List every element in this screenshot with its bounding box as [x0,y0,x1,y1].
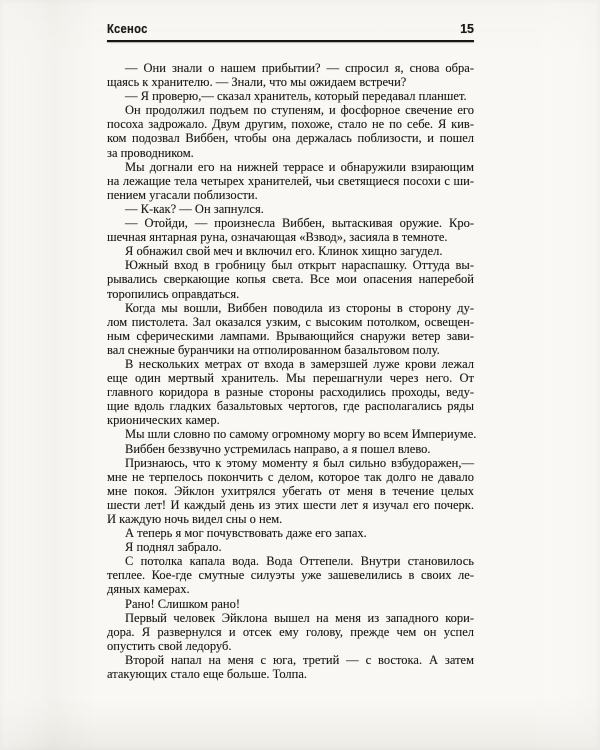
text-line: шести лет! И каждый день из этих шести л… [107,498,474,512]
paragraph: Виббен беззвучно устремилась направо, а … [107,442,474,456]
text-line: ком подозвал Виббен, чтобы она держалась… [107,131,474,145]
paragraph: — Они знали о нашем прибытии? — спросил … [107,61,474,89]
text-line: — Я проверю,— сказал хранитель, который … [107,89,474,103]
paragraph: Он продолжил подъем по ступеням, и фосфо… [107,103,474,159]
text-line: щие вдоль гладких базальтовых чертогов, … [107,399,474,413]
text-line: Признаюсь, что к этому моменту я был сил… [107,456,474,470]
text-line: В нескольких метрах от входа в замерзшей… [107,357,474,371]
text-line: Первый человек Эйклона вышел на меня из … [107,611,474,625]
text-line: — Они знали о нашем прибытии? — спросил … [107,61,474,75]
text-line: рывались сверкающие копья света. Все мои… [107,272,474,286]
header-rule [107,40,474,42]
text-line: Мы шли словно по самому огромному моргу … [107,427,474,441]
text-line: мне покоя. Эйклон ухитрялся убегать от м… [107,484,474,498]
page-number: 15 [460,22,474,36]
text-line: дора. Я развернулся и отсек ему голову, … [107,625,474,639]
paragraph: Мы догнали его на нижней террасе и обнар… [107,160,474,202]
paragraph: Первый человек Эйклона вышел на меня из … [107,611,474,653]
paragraph: Рано! Слишком рано! [107,597,474,611]
text-line: Виббен беззвучно устремилась направо, а … [107,442,474,456]
text-line: Рано! Слишком рано! [107,597,474,611]
paragraph: А теперь я мог почувствовать даже его за… [107,526,474,540]
text-line: атакующих стало еще больше. Толпа. [107,667,474,681]
book-page: Ксенос 15 — Они знали о нашем прибытии? … [0,0,600,750]
text-line: лом пистолета. Зал оказался узким, с выс… [107,315,474,329]
text-line: ным сферическими лампами. Врывающийся сн… [107,329,474,343]
text-line: Когда мы вошли, Виббен поводила из сторо… [107,301,474,315]
text-block: — Они знали о нашем прибытии? — спросил … [107,61,474,681]
text-line: Я обнажил свой меч и включил его. Клинок… [107,244,474,258]
text-line: крионических камер. [107,413,474,427]
text-line: вал снежные буранчики на отполированном … [107,343,474,357]
text-line: Он продолжил подъем по ступеням, и фосфо… [107,103,474,117]
paragraph: Второй напал на меня с юга, третий — с в… [107,653,474,681]
paragraph: — Я проверю,— сказал хранитель, который … [107,89,474,103]
text-line: за проводником. [107,146,474,160]
paragraph: Мы шли словно по самому огромному моргу … [107,427,474,441]
text-line: Я поднял забрало. [107,540,474,554]
paragraph: — К-как? — Он запнулся. [107,202,474,216]
running-header: Ксенос 15 [107,22,474,36]
text-line: теплее. Кое-где смутные силуэты уже заше… [107,568,474,582]
paragraph: Южный вход в гробницу был открыт нараспа… [107,258,474,300]
text-line: — Отойди, — произнесла Виббен, вытаскива… [107,216,474,230]
text-line: шечная янтарная руна, означающая «Взвод»… [107,230,474,244]
paragraph: Когда мы вошли, Виббен поводила из сторо… [107,301,474,357]
text-line: еще один мертвый хранитель. Мы перешагну… [107,371,474,385]
text-line: торопились оправдаться. [107,287,474,301]
running-header-title: Ксенос [107,22,148,36]
text-line: посоха задрожало. Двум другим, похоже, с… [107,117,474,131]
text-line: пением угасали поблизости. [107,188,474,202]
paragraph: С потолка капала вода. Вода Оттепели. Вн… [107,554,474,596]
text-line: А теперь я мог почувствовать даже его за… [107,526,474,540]
paragraph: Я поднял забрало. [107,540,474,554]
text-line: щаясь к хранителю. — Знали, что мы ожида… [107,75,474,89]
text-line: дяных камерах. [107,582,474,596]
text-line: — К-как? — Он запнулся. [107,202,474,216]
text-line: И каждую ночь видел сны о нем. [107,512,474,526]
text-line: Южный вход в гробницу был открыт нараспа… [107,258,474,272]
text-line: Мы догнали его на нижней террасе и обнар… [107,160,474,174]
text-line: С потолка капала вода. Вода Оттепели. Вн… [107,554,474,568]
text-line: главного коридора в разные стороны расхо… [107,385,474,399]
text-line: мне не терпелось покончить с делом, кото… [107,470,474,484]
text-line: Второй напал на меня с юга, третий — с в… [107,653,474,667]
text-line: опустить свой ледоруб. [107,639,474,653]
paragraph: Признаюсь, что к этому моменту я был сил… [107,456,474,526]
paragraph: В нескольких метрах от входа в замерзшей… [107,357,474,427]
text-line: на лежащие тела четырех хранителей, чьи … [107,174,474,188]
paragraph: — Отойди, — произнесла Виббен, вытаскива… [107,216,474,244]
paragraph: Я обнажил свой меч и включил его. Клинок… [107,244,474,258]
